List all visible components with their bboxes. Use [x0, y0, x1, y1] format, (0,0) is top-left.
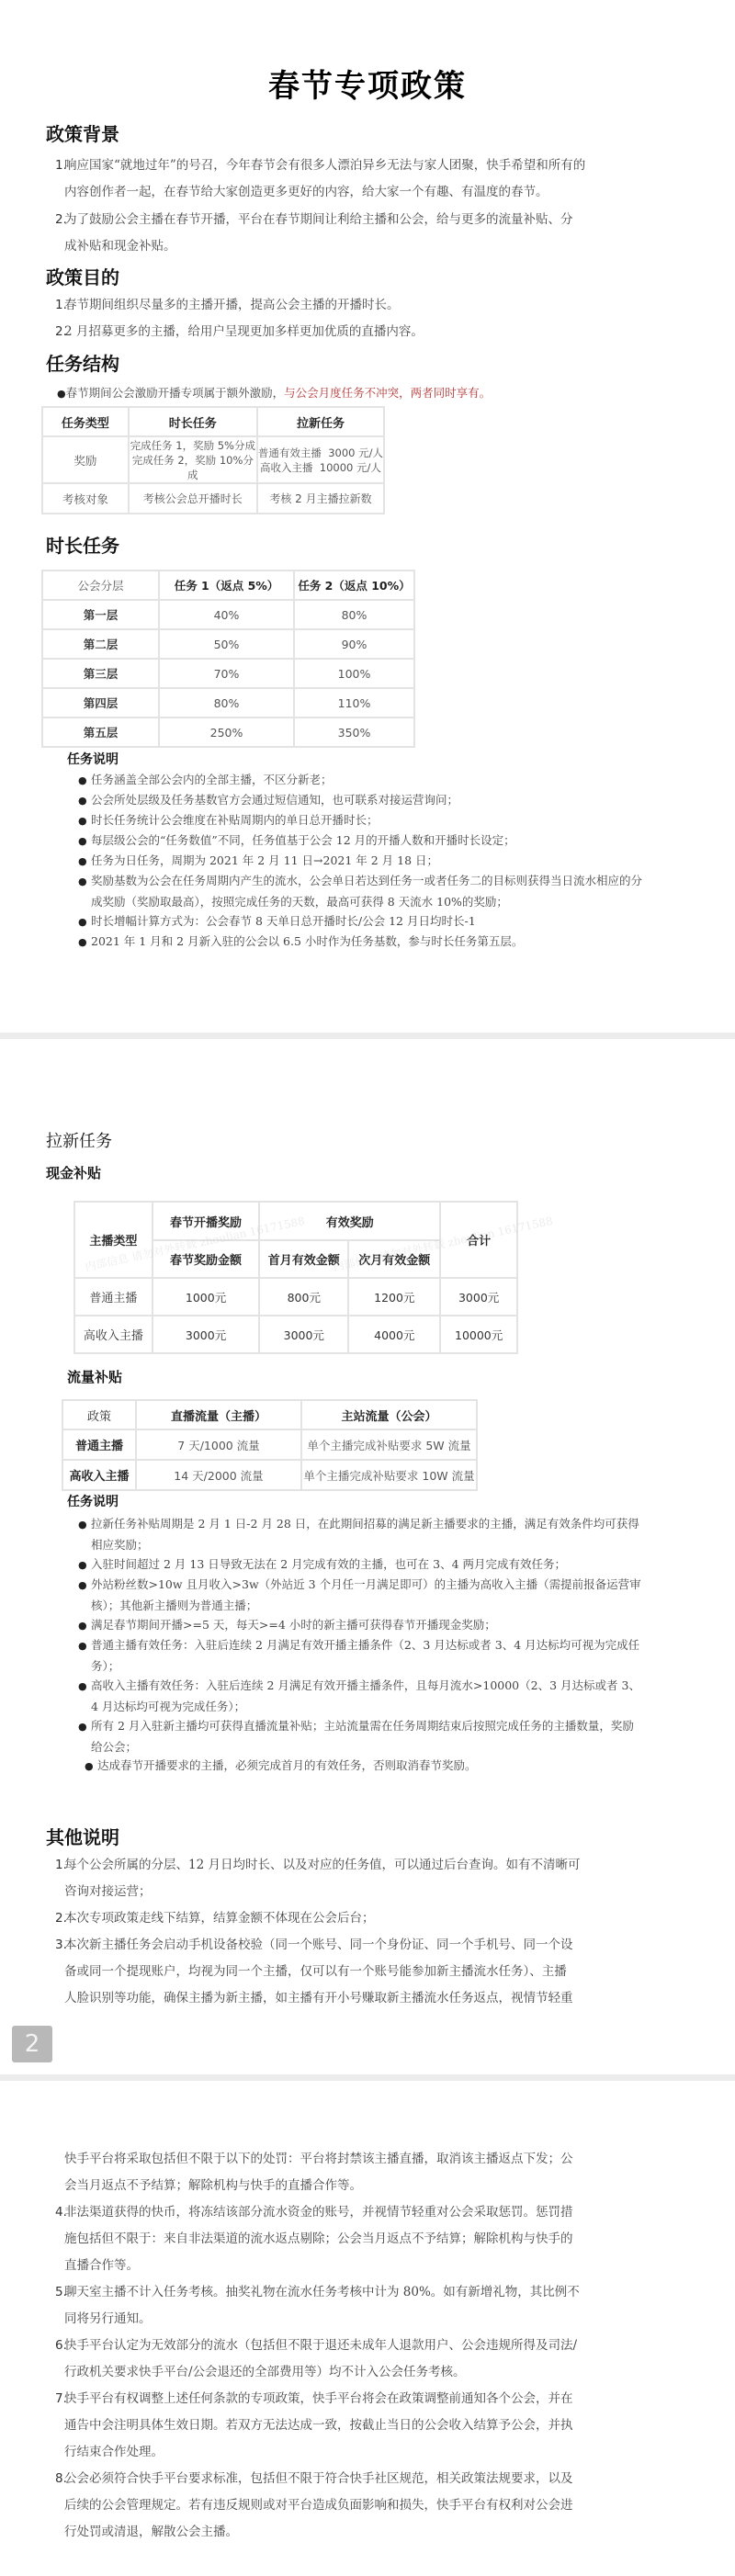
recruit-note: ●外站粉丝数>10w 且月收入>3w（外站近 3 个月任一月满足即可）的主播为高…	[78, 1575, 642, 1616]
duration-note: ●时长增幅计算方式为：公会春节 8 天单日总开播时长/公会 12 月日均时长-1	[78, 911, 688, 932]
note-text: 2021 年 1 月和 2 月新入驻的公会以 6.5 小时作为任务基数，参与时长…	[91, 934, 523, 948]
item-number: 8.	[55, 2466, 64, 2492]
bullet-icon: ●	[78, 1555, 91, 1576]
item-text: 非法渠道获得的快币，将冻结该部分流水资金的账号，并视情节轻重对公会采取惩罚。惩罚…	[64, 2205, 573, 2220]
bullet-icon: ●	[78, 791, 91, 811]
item-number: 1.	[55, 153, 64, 179]
other-item-2: 2.本次专项政策走线下结算，结算金额不体现在公会后台；	[55, 1905, 671, 1932]
table-cell: 10000元	[440, 1316, 517, 1353]
purpose-item-2: 2.2 月招募更多的主播，给用户呈现更加多样更加优质的直播内容。	[55, 319, 671, 345]
table-row: 第二层 50% 90%	[42, 629, 414, 659]
background-item-2: 2.为了鼓励公会主播在春节开播，平台在春节期间让利给主播和公会，给与更多的流量补…	[55, 207, 671, 233]
tier-label: 第二层	[42, 629, 159, 659]
other-item-3-cont: 人脸识别等功能，确保主播为新主播，如主播有开小号赚取新主播流水任务返点，视情节轻…	[64, 1985, 680, 2012]
item-text: 为了鼓励公会主播在春节开播，平台在春节期间让利给主播和公会，给与更多的流量补贴、…	[64, 212, 573, 227]
bullet-icon: ●	[78, 771, 91, 791]
table-cell: 单个主播完成补贴要求 5W 流量	[301, 1429, 477, 1460]
table-cell: 14 天/2000 流量	[136, 1460, 301, 1490]
other-item-7: 7.快手平台有权调整上述任何条款的专项政策，快手平台将会在政策调整前通知各个公会…	[55, 2386, 671, 2412]
table-cell: 考核对象	[42, 483, 129, 514]
table-cell: 800元	[259, 1278, 348, 1316]
item-number: 3.	[55, 1932, 64, 1959]
item-number: 2.	[55, 319, 64, 345]
duration-note: ●任务涵盖全部公会内的全部主播，不区分新老；	[78, 770, 688, 791]
table-cell: 1000元	[153, 1278, 259, 1316]
table-row: 第五层 250% 350%	[42, 717, 414, 747]
note-highlight: 与公会月度任务不冲突，两者同时享有。	[284, 386, 491, 400]
section-heading-duration-task: 时长任务	[46, 531, 119, 558]
bullet-icon: ●	[78, 1515, 91, 1535]
table-cell: 奖励	[42, 436, 129, 483]
table-header: 拉新任务	[257, 407, 384, 436]
table-cell: 普通主播	[74, 1278, 153, 1316]
purpose-item-1: 1.春节期间组织尽量多的主播开播，提高公会主播的开播时长。	[55, 292, 671, 319]
bullet-icon: ●	[78, 1576, 91, 1596]
bullet-icon: ●	[78, 1616, 91, 1636]
other-item-4-cont: 施包括但不限于：来自非法渠道的流水返点剔除；公会当月返点不予结算；解除机构与快手…	[64, 2226, 680, 2253]
item-text: 快手平台认定为无效部分的流水（包括但不限于退还未成年人退款用户、公会违规所得及司…	[64, 2338, 577, 2353]
note-text: 春节期间公会激励开播专项属于额外激励，	[66, 386, 285, 400]
table-header-row: 任务类型 时长任务 拉新任务	[42, 407, 384, 436]
table-cell: 250%	[159, 717, 294, 747]
item-text: 每个公会所属的分层、12 月日均时长、以及对应的任务值，可以通过后台查询。如有不…	[64, 1858, 580, 1872]
other-item-5: 5.聊天室主播不计入任务考核。抽奖礼物在流水任务考核中计为 80%。如有新增礼物…	[55, 2279, 671, 2306]
bullet-icon: ●	[78, 852, 91, 872]
table-cell: 7 天/1000 流量	[136, 1429, 301, 1460]
table-cell: 80%	[294, 600, 414, 629]
section-heading-structure: 任务结构	[46, 349, 119, 376]
table-row: 奖励 完成任务 1，奖励 5%分成 完成任务 2，奖励 10%分成 普通有效主播…	[42, 436, 384, 483]
table-cell: 110%	[294, 688, 414, 717]
note-text: 满足春节期间开播>=5 天，每天>=4 小时的新主播可获得春节开播现金奖励；	[91, 1618, 496, 1632]
page-number-badge: 2	[12, 2026, 52, 2062]
cell-line: 普通有效主播 3000 元/人	[258, 446, 383, 460]
table-cell: 4000元	[348, 1316, 440, 1353]
table-cell: 3000元	[440, 1278, 517, 1316]
note-text: 公会所处层级及任务基数官方会通过短信通知，也可联系对接运营询问；	[91, 793, 458, 807]
table-cell: 普通有效主播 3000 元/人 高收入主播 10000 元/人	[257, 436, 384, 483]
table-cell: 高收入主播	[74, 1316, 153, 1353]
table-cell: 100%	[294, 659, 414, 688]
recruit-note: ●达成春节开播要求的主播，必须完成首月的有效任务，否则取消春节奖励。	[85, 1756, 695, 1777]
duration-note: ●奖励基数为公会在任务周期内产生的流水，公会单日若达到任务一或者任务二的目标则获…	[78, 871, 642, 912]
bullet-icon: ●	[57, 388, 66, 400]
other-item-3-cont: 快手平台将采取包括但不限于以下的处罚：平台将封禁该主播直播，取消该主播返点下发；…	[64, 2146, 680, 2173]
other-item-8-cont: 行处罚或清退，解散公会主播。	[64, 2519, 680, 2546]
recruit-note: ●普通主播有效任务：入驻后连续 2 月满足有效开播主播条件（2、3 月达标或者 …	[78, 1635, 642, 1677]
duration-note: ●任务为日任务，周期为 2021 年 2 月 11 日→2021 年 2 月 1…	[78, 851, 688, 872]
duration-note: ●2021 年 1 月和 2 月新入驻的公会以 6.5 小时作为任务基数，参与时…	[78, 932, 688, 953]
table-cell: 1200元	[348, 1278, 440, 1316]
item-number: 2.	[55, 207, 64, 233]
page-separator	[0, 1033, 735, 1039]
table-row: 第三层 70% 100%	[42, 659, 414, 688]
other-item-3: 3.本次新主播任务会启动手机设备校验（同一个账号、同一个身份证、同一个手机号、同…	[55, 1932, 671, 1959]
item-text: 2 月招募更多的主播，给用户呈现更加多样更加优质的直播内容。	[64, 324, 424, 339]
recruit-note: ●满足春节期间开播>=5 天，每天>=4 小时的新主播可获得春节开播现金奖励；	[78, 1615, 688, 1636]
other-item-7-cont: 通告中会注明具体生效日期。若双方无法达成一致，按截止当日的公会收入结算予公会，并…	[64, 2412, 680, 2439]
traffic-subsidy-heading: 流量补贴	[67, 1367, 122, 1386]
other-item-8: 8.公会必须符合快手平台要求标准，包括但不限于符合快手社区规范，相关政策法规要求…	[55, 2466, 671, 2492]
section-heading-purpose: 政策目的	[46, 263, 119, 289]
note-text: 外站粉丝数>10w 且月收入>3w（外站近 3 个月任一月满足即可）的主播为高收…	[91, 1577, 641, 1612]
table-row: 第四层 80% 110%	[42, 688, 414, 717]
other-item-8-cont: 后续的公会管理规定。若有违反规则或对平台造成负面影响和损失，快手平台有权利对公会…	[64, 2492, 680, 2519]
note-text: 时长增幅计算方式为：公会春节 8 天单日总开播时长/公会 12 月日均时长-1	[91, 914, 476, 928]
tier-label: 第五层	[42, 717, 159, 747]
item-number: 1.	[55, 1852, 64, 1879]
note-text: 普通主播有效任务：入驻后连续 2 月满足有效开播主播条件（2、3 月达标或者 3…	[91, 1638, 639, 1673]
table-cell: 350%	[294, 717, 414, 747]
table-cell: 完成任务 1，奖励 5%分成 完成任务 2，奖励 10%分成	[129, 436, 257, 483]
note-text: 达成春节开播要求的主播，必须完成首月的有效任务，否则取消春节奖励。	[97, 1758, 477, 1772]
other-item-1: 1.每个公会所属的分层、12 月日均时长、以及对应的任务值，可以通过后台查询。如…	[55, 1852, 671, 1879]
item-text: 聊天室主播不计入任务考核。抽奖礼物在流水任务考核中计为 80%。如有新增礼物，其…	[64, 2285, 580, 2299]
bullet-icon: ●	[85, 1757, 97, 1777]
cell-line: 完成任务 1，奖励 5%分成	[130, 438, 256, 453]
table-header: 公会分层	[42, 571, 159, 600]
note-text: 拉新任务补贴周期是 2 月 1 日-2 月 28 日，在此期间招募的满足新主播要…	[91, 1517, 639, 1552]
table-header: 主站流量（公会）	[301, 1400, 477, 1429]
recruit-note: ●入驻时间超过 2 月 13 日导致无法在 2 月完成有效的主播，也可在 3、4…	[78, 1554, 688, 1576]
other-item-6-cont: 行政机关要求快手平台/公会退还的全部费用等）均不计入公会任务考核。	[64, 2359, 680, 2386]
duration-note: ●公会所处层级及任务基数官方会通过短信通知，也可联系对接运营询问；	[78, 790, 688, 811]
note-text: 入驻时间超过 2 月 13 日导致无法在 2 月完成有效的主播，也可在 3、4 …	[91, 1557, 566, 1571]
duration-notes-heading: 任务说明	[67, 750, 119, 768]
item-text: 响应国家“就地过年”的号召，今年春节会有很多人漂泊异乡无法与家人团聚，快手希望和…	[64, 158, 585, 173]
note-text: 高收入主播有效任务：入驻后连续 2 月满足有效开播主播条件，且每月流水>1000…	[91, 1678, 640, 1713]
item-number: 7.	[55, 2386, 64, 2412]
note-text: 奖励基数为公会在任务周期内产生的流水，公会单日若达到任务一或者任务二的目标则获得…	[91, 874, 642, 909]
bullet-icon: ●	[78, 1677, 91, 1697]
table-cell: 单个主播完成补贴要求 10W 流量	[301, 1460, 477, 1490]
table-cell: 普通主播	[62, 1429, 136, 1460]
item-text: 本次专项政策走线下结算，结算金额不体现在公会后台；	[64, 1911, 375, 1926]
bullet-icon: ●	[78, 932, 91, 953]
recruit-note: ●所有 2 月入驻新主播均可获得直播流量补贴；主站流量需在任务周期结束后按照完成…	[78, 1716, 642, 1757]
background-item-1-cont: 内容创作者一起，在春节给大家创造更多更好的内容，给大家一个有趣、有温度的春节。	[64, 179, 680, 206]
table-header: 任务 2（返点 10%）	[294, 571, 414, 600]
section-heading-other: 其他说明	[46, 1823, 119, 1849]
table-cell: 70%	[159, 659, 294, 688]
traffic-subsidy-table: 政策 直播流量（主播） 主站流量（公会） 普通主播 7 天/1000 流量 单个…	[62, 1399, 478, 1491]
item-text: 公会必须符合快手平台要求标准，包括但不限于符合快手社区规范，相关政策法规要求，以…	[64, 2471, 573, 2486]
table-cell: 40%	[159, 600, 294, 629]
bullet-icon: ●	[78, 872, 91, 892]
bullet-icon: ●	[78, 811, 91, 831]
table-row: 普通主播 1000元 800元 1200元 3000元	[74, 1278, 517, 1316]
table-cell: 高收入主播	[62, 1460, 136, 1490]
duration-note: ●时长任务统计公会维度在补贴周期内的单日总开播时长；	[78, 810, 688, 831]
table-header: 时长任务	[129, 407, 257, 436]
tier-label: 第三层	[42, 659, 159, 688]
background-item-2-cont: 成补贴和现金补贴。	[64, 233, 680, 260]
other-item-4: 4.非法渠道获得的快币，将冻结该部分流水资金的账号，并视情节轻重对公会采取惩罚。…	[55, 2199, 671, 2226]
recruit-note: ●拉新任务补贴周期是 2 月 1 日-2 月 28 日，在此期间招募的满足新主播…	[78, 1514, 642, 1555]
table-header: 任务类型	[42, 407, 129, 436]
table-row: 第一层 40% 80%	[42, 600, 414, 629]
table-cell: 考核公会总开播时长	[129, 483, 257, 514]
page-separator	[0, 2074, 735, 2081]
other-item-4-cont: 直播合作等。	[64, 2253, 680, 2279]
cell-line: 高收入主播 10000 元/人	[258, 460, 383, 475]
other-item-3-cont: 会当月返点不予结算；解除机构与快手的直播合作等。	[64, 2173, 680, 2199]
note-text: 任务涵盖全部公会内的全部主播，不区分新老；	[91, 773, 333, 786]
bullet-icon: ●	[78, 1636, 91, 1656]
section-heading-recruit-task: 拉新任务	[46, 1128, 112, 1152]
table-cell: 90%	[294, 629, 414, 659]
item-number: 4.	[55, 2199, 64, 2226]
tier-label: 第一层	[42, 600, 159, 629]
table-header-row: 公会分层 任务 1（返点 5%） 任务 2（返点 10%）	[42, 571, 414, 600]
section-heading-background: 政策背景	[46, 119, 119, 146]
table-row: 普通主播 7 天/1000 流量 单个主播完成补贴要求 5W 流量	[62, 1429, 477, 1460]
table-cell: 80%	[159, 688, 294, 717]
bullet-icon: ●	[78, 831, 91, 852]
item-number: 1.	[55, 292, 64, 319]
note-text: 所有 2 月入驻新主播均可获得直播流量补贴；主站流量需在任务周期结束后按照完成任…	[91, 1719, 634, 1754]
note-text: 每层级公会的“任务数值”不同，任务值基于公会 12 月的开播人数和开播时长设定；	[91, 833, 515, 847]
item-number: 2.	[55, 1905, 64, 1932]
bullet-icon: ●	[78, 912, 91, 932]
table-header: 直播流量（主播）	[136, 1400, 301, 1429]
recruit-note: ●高收入主播有效任务：入驻后连续 2 月满足有效开播主播条件，且每月流水>100…	[78, 1676, 642, 1717]
table-row: 考核对象 考核公会总开播时长 考核 2 月主播拉新数	[42, 483, 384, 514]
cash-subsidy-heading: 现金补贴	[46, 1163, 101, 1182]
cell-line: 完成任务 2，奖励 10%分成	[130, 453, 256, 482]
table-cell: 50%	[159, 629, 294, 659]
table-cell: 考核 2 月主播拉新数	[257, 483, 384, 514]
structure-note: ●春节期间公会激励开播专项属于额外激励，与公会月度任务不冲突，两者同时享有。	[57, 379, 700, 407]
table-header-row: 政策 直播流量（主播） 主站流量（公会）	[62, 1400, 477, 1429]
tier-label: 第四层	[42, 688, 159, 717]
task-structure-table: 任务类型 时长任务 拉新任务 奖励 完成任务 1，奖励 5%分成 完成任务 2，…	[41, 406, 385, 514]
background-item-1: 1.响应国家“就地过年”的号召，今年春节会有很多人漂泊异乡无法与家人团聚，快手希…	[55, 153, 671, 179]
item-text: 春节期间组织尽量多的主播开播，提高公会主播的开播时长。	[64, 298, 400, 312]
other-item-6: 6.快手平台认定为无效部分的流水（包括但不限于退还未成年人退款用户、公会违规所得…	[55, 2333, 671, 2359]
duration-task-table: 公会分层 任务 1（返点 5%） 任务 2（返点 10%） 第一层 40% 80…	[41, 570, 415, 748]
item-number: 5.	[55, 2279, 64, 2306]
table-header: 政策	[62, 1400, 136, 1429]
other-item-3-cont: 备或同一个提现账户，均视为同一个主播，仅可以有一个账号能参加新主播流水任务）、主…	[64, 1959, 680, 1985]
table-header: 任务 1（返点 5%）	[159, 571, 294, 600]
page-title: 春节专项政策	[0, 61, 735, 106]
item-text: 快手平台有权调整上述任何条款的专项政策，快手平台将会在政策调整前通知各个公会，并…	[64, 2391, 573, 2406]
table-cell: 3000元	[153, 1316, 259, 1353]
table-row: 高收入主播 14 天/2000 流量 单个主播完成补贴要求 10W 流量	[62, 1460, 477, 1490]
note-text: 时长任务统计公会维度在补贴周期内的单日总开播时长；	[91, 813, 379, 827]
duration-note: ●每层级公会的“任务数值”不同，任务值基于公会 12 月的开播人数和开播时长设定…	[78, 830, 688, 852]
table-cell: 3000元	[259, 1316, 348, 1353]
other-item-7-cont: 行结束合作处理。	[64, 2439, 680, 2466]
item-number: 6.	[55, 2333, 64, 2359]
note-text: 任务为日任务，周期为 2021 年 2 月 11 日→2021 年 2 月 18…	[91, 853, 438, 867]
other-item-5-cont: 同将另行通知。	[64, 2306, 680, 2333]
other-item-1-cont: 咨询对接运营；	[64, 1879, 680, 1905]
item-text: 本次新主播任务会启动手机设备校验（同一个账号、同一个身份证、同一个手机号、同一个…	[64, 1938, 573, 1952]
table-row: 高收入主播 3000元 3000元 4000元 10000元	[74, 1316, 517, 1353]
recruit-notes-heading: 任务说明	[67, 1492, 119, 1510]
bullet-icon: ●	[78, 1717, 91, 1737]
